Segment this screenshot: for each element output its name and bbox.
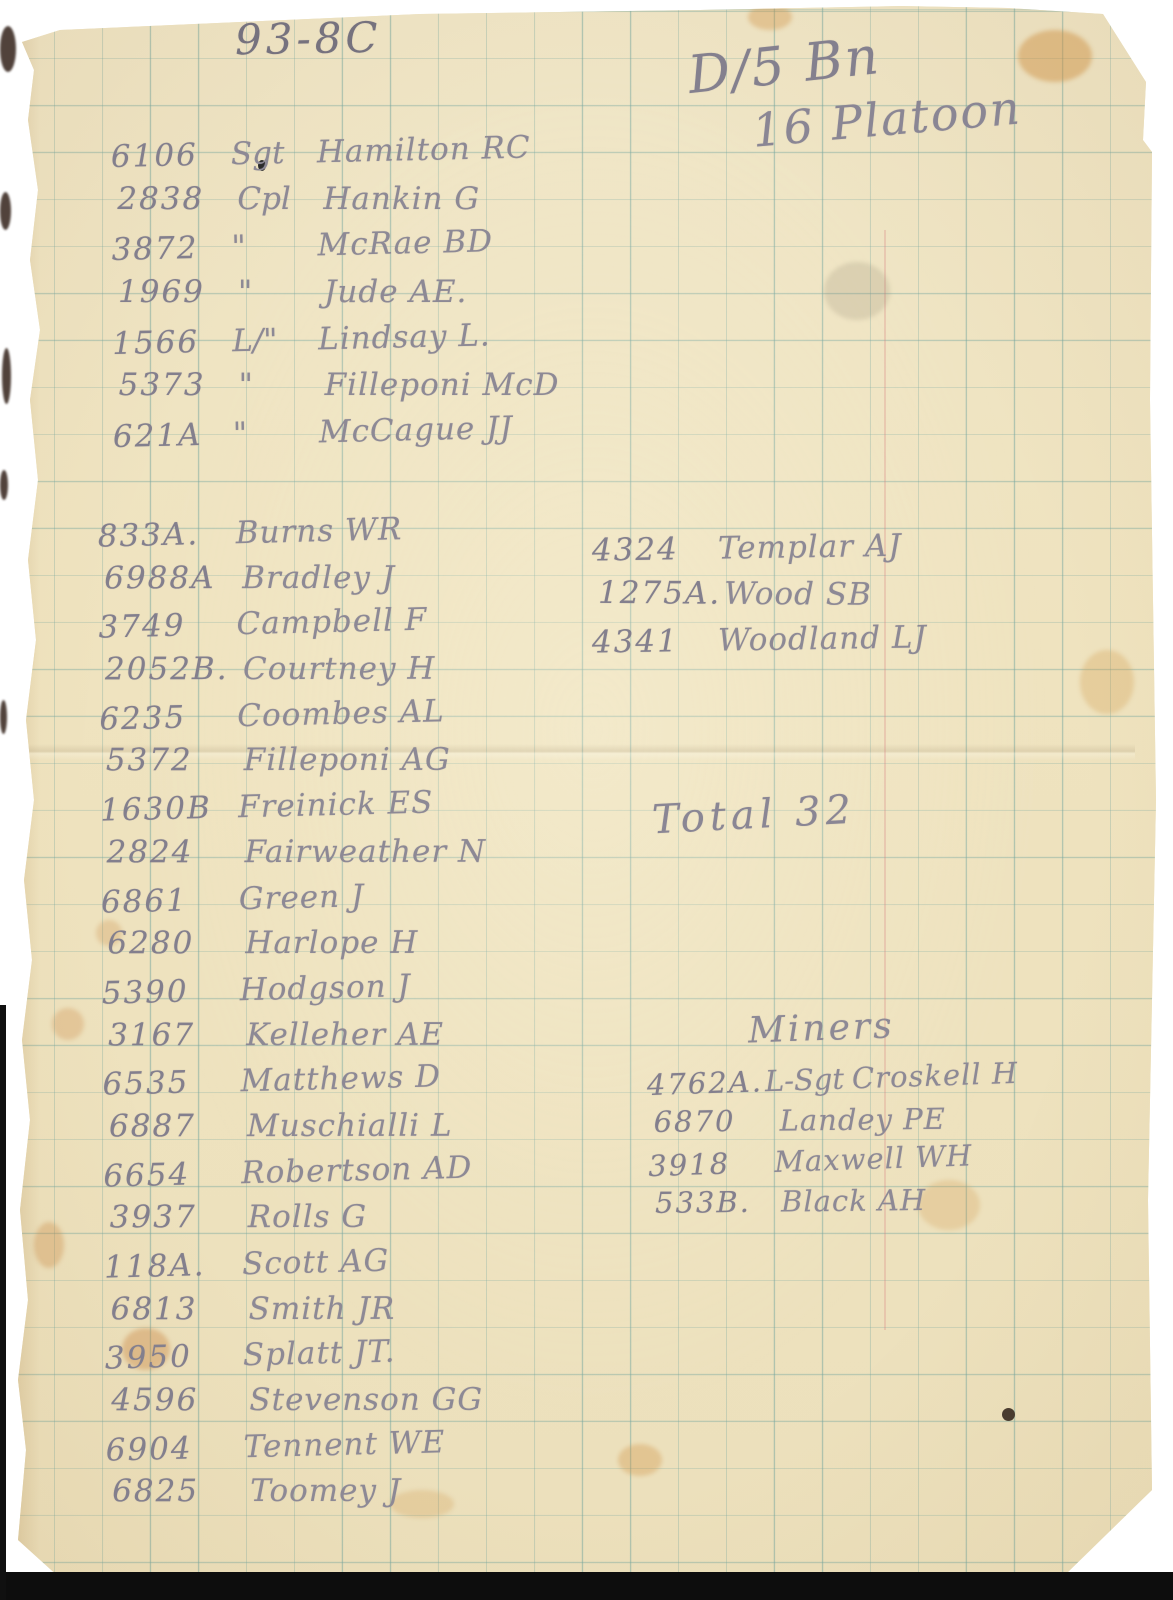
tear-mark — [0, 192, 11, 230]
service-number: 6904 — [105, 1429, 244, 1468]
roster-row: 5373"Filleponi McD — [119, 367, 560, 414]
service-number: 5373 — [119, 367, 239, 403]
surname-initials: Burns WR — [235, 511, 402, 551]
tear-mark — [0, 470, 8, 500]
scanned-document: 93-8C D/5 Bn 16 Platoon 6106SgtHamilton … — [0, 0, 1173, 1600]
roster-row: 533B.Black AH — [655, 1182, 1027, 1227]
roster-row: 6988ABradley J — [104, 559, 484, 605]
roster-row: 2838CplHankin G — [117, 181, 558, 228]
roster-row: 3749Campbell F — [98, 601, 479, 656]
roster-row: 1630BFreinick ES — [100, 784, 481, 839]
age-stain — [2, 600, 32, 686]
roster-row: 5372Filleponi AG — [106, 742, 486, 788]
surname-initials: Harlope H — [245, 925, 418, 961]
surname-initials: Rolls G — [248, 1199, 367, 1235]
service-number: 2824 — [107, 834, 245, 870]
roster-row: 6280Harlope H — [107, 925, 487, 971]
rank: " — [231, 228, 318, 266]
surname-initials: Matthews D — [240, 1059, 441, 1100]
rank: L/" — [232, 321, 319, 359]
surname-initials: Tennent WE — [243, 1424, 445, 1465]
surname-initials: Filleponi McD — [325, 367, 560, 403]
tear-mark — [0, 26, 16, 72]
surname-initials: Hamilton RC — [316, 129, 531, 170]
service-number: 1566 — [112, 323, 233, 362]
surname-initials: Landey PE — [779, 1102, 946, 1138]
paper-dent — [824, 262, 890, 320]
roster-row: 5390Hodgson J — [101, 966, 482, 1021]
surname-initials: Fairweather N — [245, 833, 487, 869]
surname-initials: Courtney H — [243, 651, 435, 687]
surname-initials: Stevenson GG — [249, 1382, 483, 1418]
service-number: 621A — [113, 416, 234, 455]
service-number: 2052B. — [105, 651, 243, 687]
surname-initials: Robertson AD — [241, 1149, 473, 1191]
rank: L-Sgt — [764, 1062, 844, 1099]
surname-initials: Freinick ES — [238, 785, 434, 826]
surname-initials: Woodland LJ — [718, 619, 928, 658]
roster-row: 118A.Scott AG — [104, 1240, 485, 1295]
total-count: Total 32 — [651, 787, 857, 844]
age-stain — [34, 1222, 64, 1268]
age-stain — [748, 4, 792, 30]
roster-row: 6654Robertson AD — [103, 1149, 484, 1204]
service-number: 6887 — [109, 1108, 247, 1144]
roster-row: 1566L/"Lindsay L. — [112, 316, 554, 373]
roster-row: 621A"McCague JJ — [113, 409, 555, 466]
scan-border-bottom — [0, 1572, 1173, 1600]
surname-initials: Maxwell WH — [774, 1139, 973, 1180]
miners-heading: Miners — [747, 1005, 895, 1051]
service-number: 3749 — [98, 607, 237, 646]
service-number: 833A. — [97, 515, 236, 554]
service-number: 3950 — [104, 1338, 243, 1377]
scan-border-left — [0, 1005, 6, 1600]
service-number: 3918 — [648, 1146, 767, 1184]
roster-row: 2052B.Courtney H — [105, 651, 485, 697]
service-number: 533B. — [655, 1185, 773, 1220]
doc-number: 93-8C — [235, 13, 382, 65]
service-number: 3872 — [111, 230, 232, 269]
service-number: 5390 — [101, 972, 240, 1011]
age-stain — [1080, 650, 1134, 714]
surname-initials: Campbell F — [236, 602, 428, 643]
service-number: 5372 — [106, 743, 244, 779]
nco-roster-list: 6106SgtHamilton RC 2838CplHankin G 3872"… — [111, 132, 554, 462]
surname-initials: Lindsay L. — [318, 317, 491, 357]
service-number: 1969 — [118, 274, 238, 310]
service-number: 6280 — [107, 925, 245, 961]
roster-row: 6825Toomey J — [112, 1473, 492, 1519]
service-number: 6535 — [102, 1064, 241, 1103]
ink-dot — [1002, 1408, 1015, 1421]
service-number: 3167 — [108, 1017, 246, 1053]
roster-row: 3950Splatt JT. — [104, 1332, 485, 1387]
roster-row: 6887Muschialli L — [109, 1108, 489, 1154]
tear-mark — [0, 700, 7, 734]
service-number: 3937 — [110, 1199, 248, 1235]
service-number: 6825 — [112, 1473, 250, 1509]
roster-row: 6861Green J — [101, 875, 482, 930]
service-number: 6988A — [104, 560, 242, 596]
surname-initials: Muschialli L — [247, 1108, 453, 1144]
service-number: 2838 — [117, 181, 237, 217]
surname-initials: Bradley J — [242, 560, 395, 596]
service-number: 6813 — [111, 1291, 249, 1327]
surname-initials: McRae BD — [317, 224, 493, 264]
surname-initials: Templar AJ — [718, 528, 902, 567]
age-stain — [618, 1444, 662, 1476]
service-number: 1275A. — [598, 575, 724, 612]
service-number: 1630B — [100, 789, 239, 828]
service-number: 6235 — [99, 698, 238, 737]
surname-initials: Green J — [238, 878, 364, 917]
roster-row: 4596Stevenson GG — [111, 1382, 491, 1428]
service-number: 6654 — [103, 1155, 242, 1194]
surname-initials: Hodgson J — [239, 968, 411, 1008]
rank: " — [232, 414, 319, 452]
roster-row: 6535Matthews D — [102, 1058, 483, 1113]
miners-roster-list: 4762A.L-SgtCroskell H 6870Landey PE 3918… — [647, 1059, 1021, 1228]
roster-row: 4324Templar AJ — [592, 527, 928, 578]
roster-row: 1275A.Wood SB — [598, 575, 933, 623]
rank: Sgt — [231, 134, 318, 172]
surname-initials: McCague JJ — [318, 410, 513, 450]
roster-row: 4341Woodland LJ — [592, 619, 928, 670]
roster-row: 6813Smith JR — [111, 1290, 491, 1336]
right-roster-list: 4324Templar AJ 1275A.Wood SB 4341Woodlan… — [592, 530, 927, 668]
service-number: 4324 — [592, 531, 719, 569]
roster-row: 2824Fairweather N — [107, 833, 487, 879]
surname-initials: Filleponi AG — [244, 742, 451, 778]
surname-initials: Wood SB — [724, 576, 872, 613]
service-number: 118A. — [104, 1246, 243, 1285]
roster-row: 833A.Burns WR — [97, 509, 478, 564]
main-roster-list: 833A.Burns WR 6988ABradley J 3749Campbel… — [98, 512, 486, 1520]
roster-row: 6106SgtHamilton RC — [111, 129, 553, 186]
roster-row: 6235Coombes AL — [99, 692, 480, 747]
age-stain — [52, 1008, 84, 1040]
roster-row: 3872"McRae BD — [111, 222, 553, 279]
surname-initials: Toomey J — [250, 1473, 401, 1509]
roster-row: 1969"Jude AE. — [118, 274, 559, 321]
surname-initials: Hankin G — [323, 181, 480, 217]
surname-initials: Kelleher AE — [246, 1016, 444, 1052]
surname-initials: Scott AG — [242, 1243, 390, 1283]
surname-initials: Coombes AL — [237, 693, 445, 734]
surname-initials: Splatt JT. — [242, 1334, 395, 1374]
graph-paper-sheet: 93-8C D/5 Bn 16 Platoon 6106SgtHamilton … — [0, 0, 1173, 1600]
service-number: 4596 — [111, 1382, 249, 1418]
rank: " — [238, 274, 324, 310]
service-number: 6870 — [653, 1103, 771, 1138]
service-number: 6106 — [111, 136, 232, 175]
age-stain — [1018, 30, 1092, 82]
roster-row: 6904Tennent WE — [105, 1423, 486, 1478]
surname-initials: Smith JR — [249, 1291, 396, 1327]
service-number: 4762A. — [646, 1064, 765, 1102]
roster-row: 3167Kelleher AE — [108, 1016, 488, 1062]
rank: " — [239, 367, 325, 403]
roster-row: 3937Rolls G — [110, 1199, 490, 1245]
surname-initials: Black AH — [781, 1183, 927, 1219]
service-number: 6861 — [101, 881, 240, 920]
rank: Cpl — [237, 181, 323, 217]
tear-mark — [2, 348, 11, 404]
surname-initials: Croskell H — [851, 1056, 1018, 1095]
service-number: 4341 — [592, 623, 719, 661]
surname-initials: Jude AE. — [324, 274, 467, 310]
